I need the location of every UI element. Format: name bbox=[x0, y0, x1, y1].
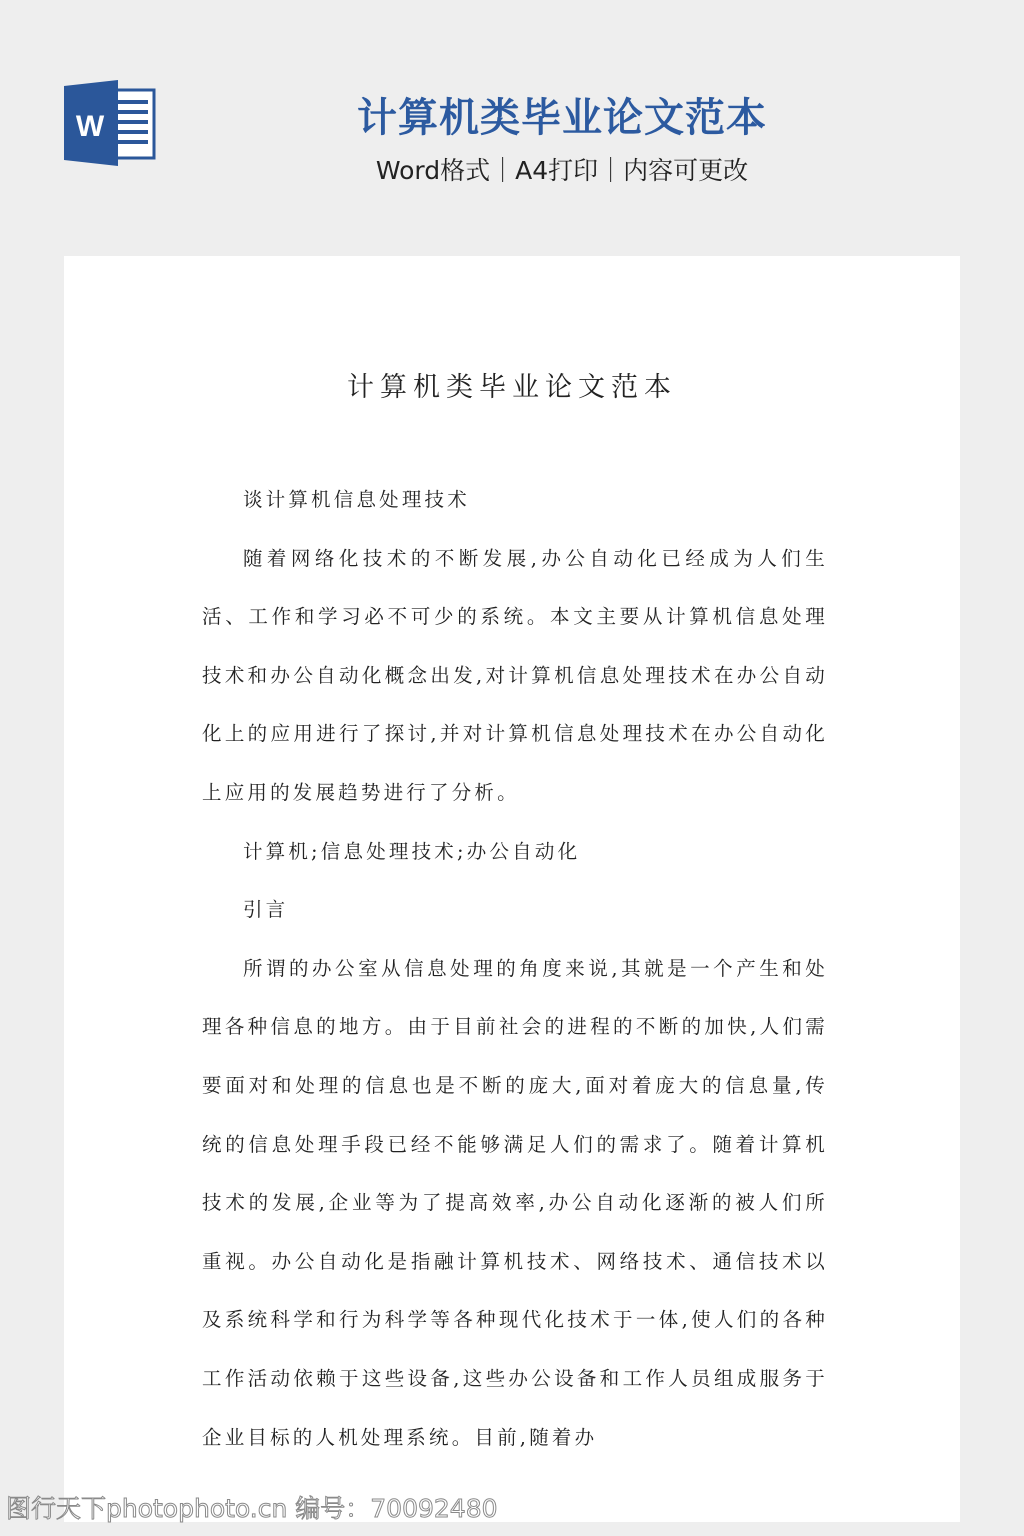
document-body: 谈计算机信息处理技术 随着网络化技术的不断发展,办公自动化已经成为人们生活、工作… bbox=[202, 471, 828, 1467]
document-page: 计算机类毕业论文范本 谈计算机信息处理技术 随着网络化技术的不断发展,办公自动化… bbox=[64, 256, 960, 1522]
section-heading: 谈计算机信息处理技术 bbox=[202, 471, 828, 530]
watermark-text: 图行天下photophoto.cn 编号：70092480 bbox=[6, 1492, 498, 1526]
abstract-paragraph: 随着网络化技术的不断发展,办公自动化已经成为人们生活、工作和学习必不可少的系统。… bbox=[202, 530, 828, 823]
header-title: 计算机类毕业论文范本 bbox=[0, 94, 1024, 142]
preview-header: W 计算机类毕业论文范本 Word格式｜A4打印｜内容可更改 bbox=[0, 0, 1024, 256]
header-subtitle: Word格式｜A4打印｜内容可更改 bbox=[0, 154, 1024, 188]
keywords-paragraph: 计算机;信息处理技术;办公自动化 bbox=[202, 823, 828, 882]
introduction-heading: 引言 bbox=[202, 881, 828, 940]
document-title: 计算机类毕业论文范本 bbox=[64, 368, 960, 408]
introduction-paragraph: 所谓的办公室从信息处理的角度来说,其就是一个产生和处理各种信息的地方。由于目前社… bbox=[202, 940, 828, 1467]
